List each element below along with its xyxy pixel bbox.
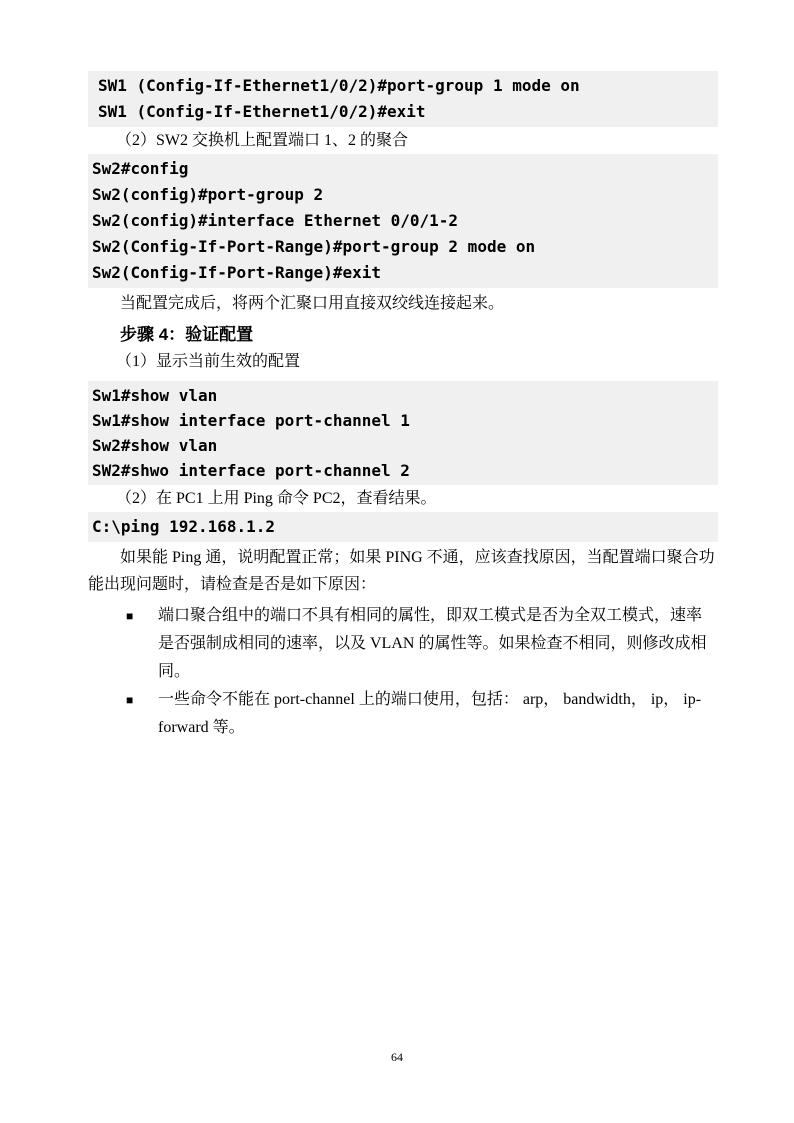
para-show-current-config: （1）显示当前生效的配置 (88, 348, 718, 375)
code-block-show-commands: Sw1#show vlan Sw1#show interface port-ch… (88, 381, 718, 485)
bullet-square-icon: ■ (88, 686, 158, 742)
code-line: C:\ping 192.168.1.2 (92, 514, 718, 540)
bullet-square-icon: ■ (88, 602, 158, 686)
code-block-ping-command: C:\ping 192.168.1.2 (88, 512, 718, 542)
code-line: Sw2#config (92, 156, 718, 182)
list-item: ■ 端口聚合组中的端口不具有相同的属性，即双工模式是否为全双工模式，速率是否强制… (88, 602, 718, 686)
heading-step4-verify-config: 步骤 4：验证配置 (88, 321, 718, 348)
para-after-config: 当配置完成后，将两个汇聚口用直接双绞线连接起来。 (88, 290, 718, 317)
code-line: SW2#shwo interface port-channel 2 (92, 458, 718, 483)
document-content: SW1 (Config-If-Ethernet1/0/2)#port-group… (88, 71, 718, 742)
list-item: ■ 一些命令不能在 port-channel 上的端口使用，包括： arp， b… (88, 686, 718, 742)
code-line: Sw1#show interface port-channel 1 (92, 408, 718, 433)
para-troubleshoot: 如果能 Ping 通，说明配置正常；如果 PING 不通，应该查找原因，当配置端… (88, 544, 718, 598)
code-line: Sw2(Config-If-Port-Range)#port-group 2 m… (92, 234, 718, 260)
document-page: SW1 (Config-If-Ethernet1/0/2)#port-group… (0, 0, 794, 1123)
para-sw2-aggregation-heading: （2）SW2 交换机上配置端口 1、2 的聚合 (88, 127, 718, 154)
bullet-text: 一些命令不能在 port-channel 上的端口使用，包括： arp， ban… (158, 686, 718, 742)
code-line: SW1 (Config-If-Ethernet1/0/2)#port-group… (98, 73, 718, 99)
code-line: Sw2(config)#port-group 2 (92, 182, 718, 208)
code-block-sw1-port-group: SW1 (Config-If-Ethernet1/0/2)#port-group… (88, 71, 718, 127)
para-ping-test: （2）在 PC1 上用 Ping 命令 PC2，查看结果。 (88, 485, 718, 512)
code-line: Sw2(config)#interface Ethernet 0/0/1-2 (92, 208, 718, 234)
code-line: Sw1#show vlan (92, 383, 718, 408)
code-line: Sw2(Config-If-Port-Range)#exit (92, 260, 718, 286)
bullet-text: 端口聚合组中的端口不具有相同的属性，即双工模式是否为全双工模式，速率是否强制成相… (158, 602, 718, 686)
code-line: SW1 (Config-If-Ethernet1/0/2)#exit (98, 99, 718, 125)
troubleshoot-bullet-list: ■ 端口聚合组中的端口不具有相同的属性，即双工模式是否为全双工模式，速率是否强制… (88, 602, 718, 742)
code-block-sw2-port-group: Sw2#config Sw2(config)#port-group 2 Sw2(… (88, 154, 718, 288)
page-number: 64 (0, 1050, 794, 1065)
code-line: Sw2#show vlan (92, 433, 718, 458)
